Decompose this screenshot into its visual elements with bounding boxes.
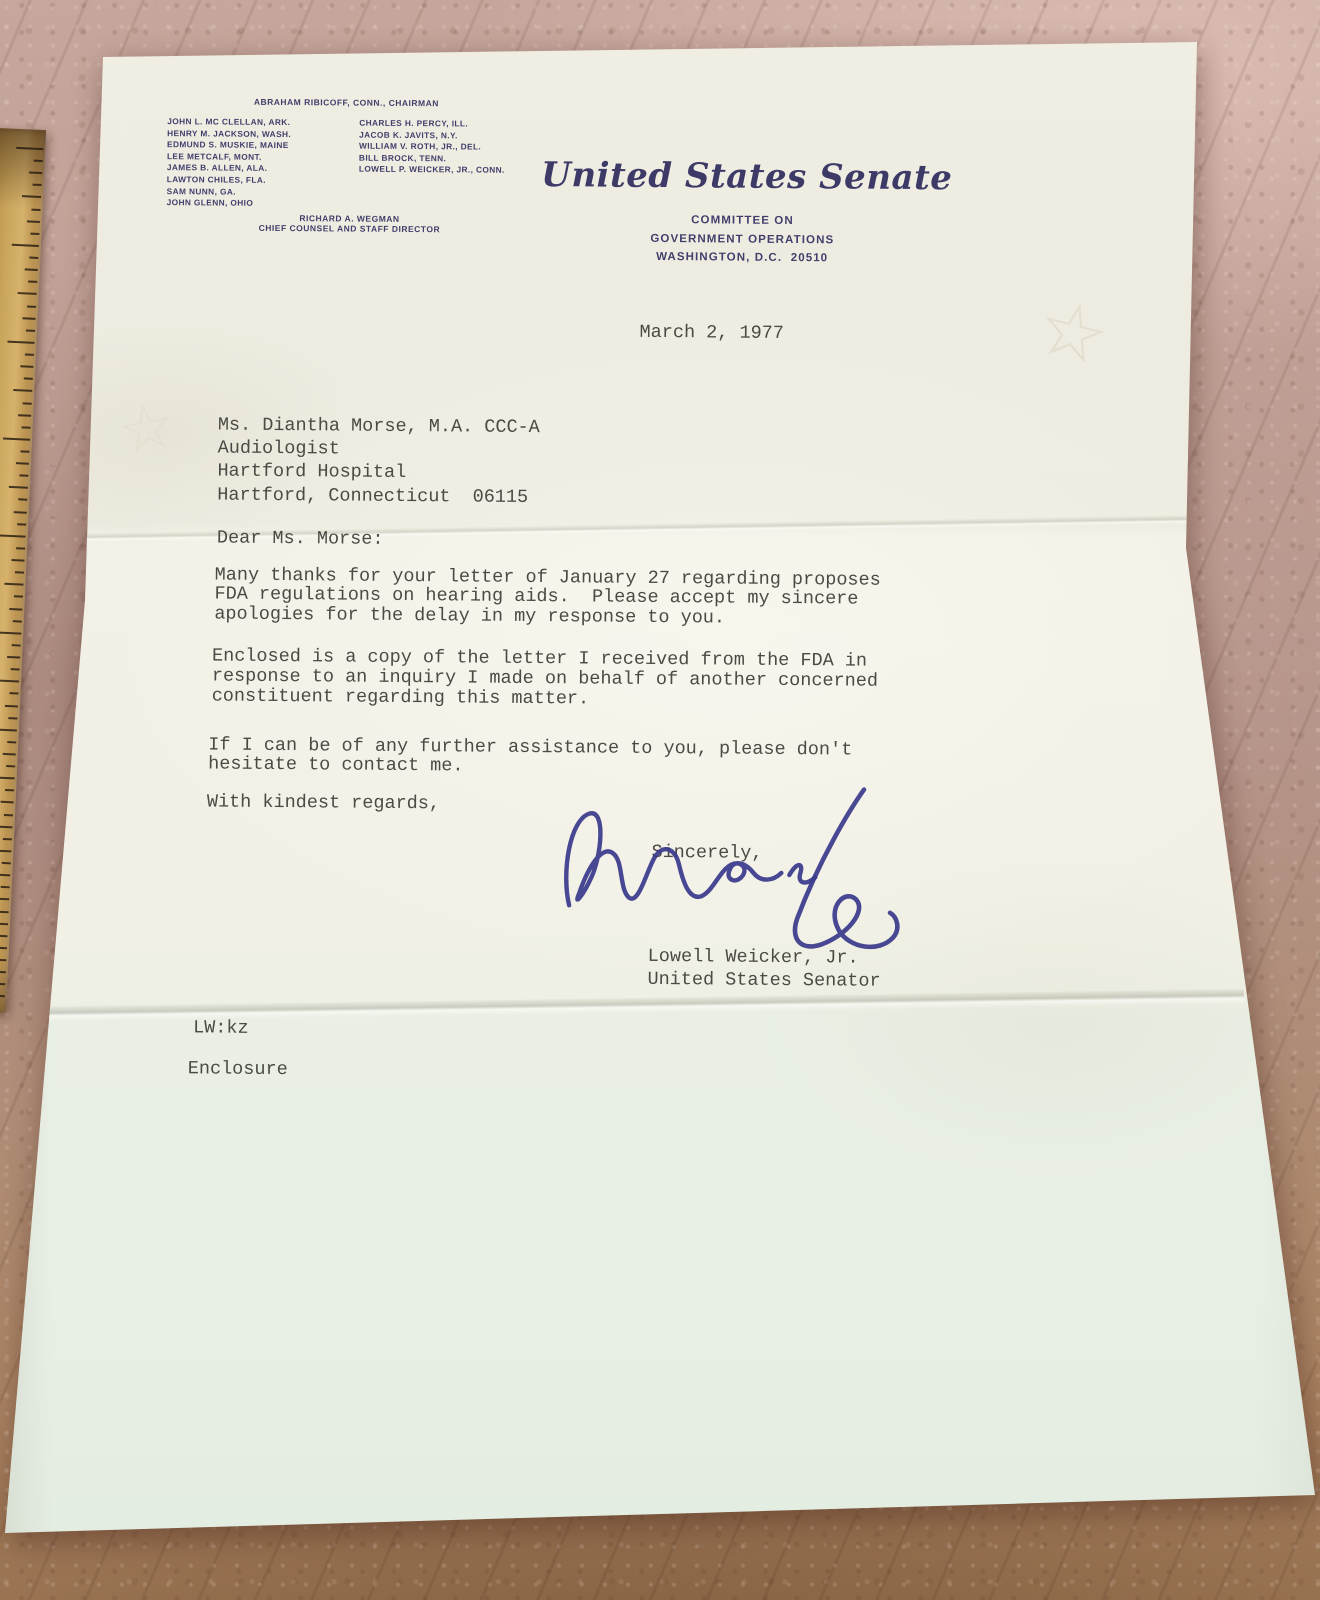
letter-paper: ☆ ☆ ABRAHAM RIBICOFF, CONN., CHAIRMAN JO… <box>0 0 1320 1600</box>
salutation: Dear Ms. Morse: <box>217 528 384 550</box>
letterhead-chairman-line: ABRAHAM RIBICOFF, CONN., CHAIRMAN <box>5 95 687 110</box>
letter-content: ABRAHAM RIBICOFF, CONN., CHAIRMAN JOHN L… <box>0 0 1320 1600</box>
recipient-address: Ms. Diantha Morse, M.A. CCC-AAudiologist… <box>217 414 540 509</box>
photo-of-letter: |||··||| 012345678 ☆ ☆ ABRAHAM RIBICOFF,… <box>0 0 1320 1600</box>
letter-date: March 2, 1977 <box>640 322 784 344</box>
enclosure-note: Enclosure <box>188 1058 288 1080</box>
body-paragraph-1: Many thanks for your letter of January 2… <box>214 565 881 628</box>
typist-reference: LW:kz <box>193 1017 249 1038</box>
body-paragraph-2: Enclosed is a copy of the letter I recei… <box>212 646 879 712</box>
letterhead-members-left-column: JOHN L. MC CLELLAN, ARK.HENRY M. JACKSON… <box>167 116 292 210</box>
body-paragraph-3: If I can be of any further assistance to… <box>208 735 852 779</box>
senate-committee-address: COMMITTEE ONGOVERNMENT OPERATIONSWASHING… <box>420 209 1064 270</box>
senate-masthead-title: United States Senate <box>425 154 1069 199</box>
closing-line: With kindest regards, <box>207 791 440 814</box>
letter-paper-wrapper: ☆ ☆ ABRAHAM RIBICOFF, CONN., CHAIRMAN JO… <box>0 0 1320 1600</box>
signature-scribble <box>539 777 931 980</box>
